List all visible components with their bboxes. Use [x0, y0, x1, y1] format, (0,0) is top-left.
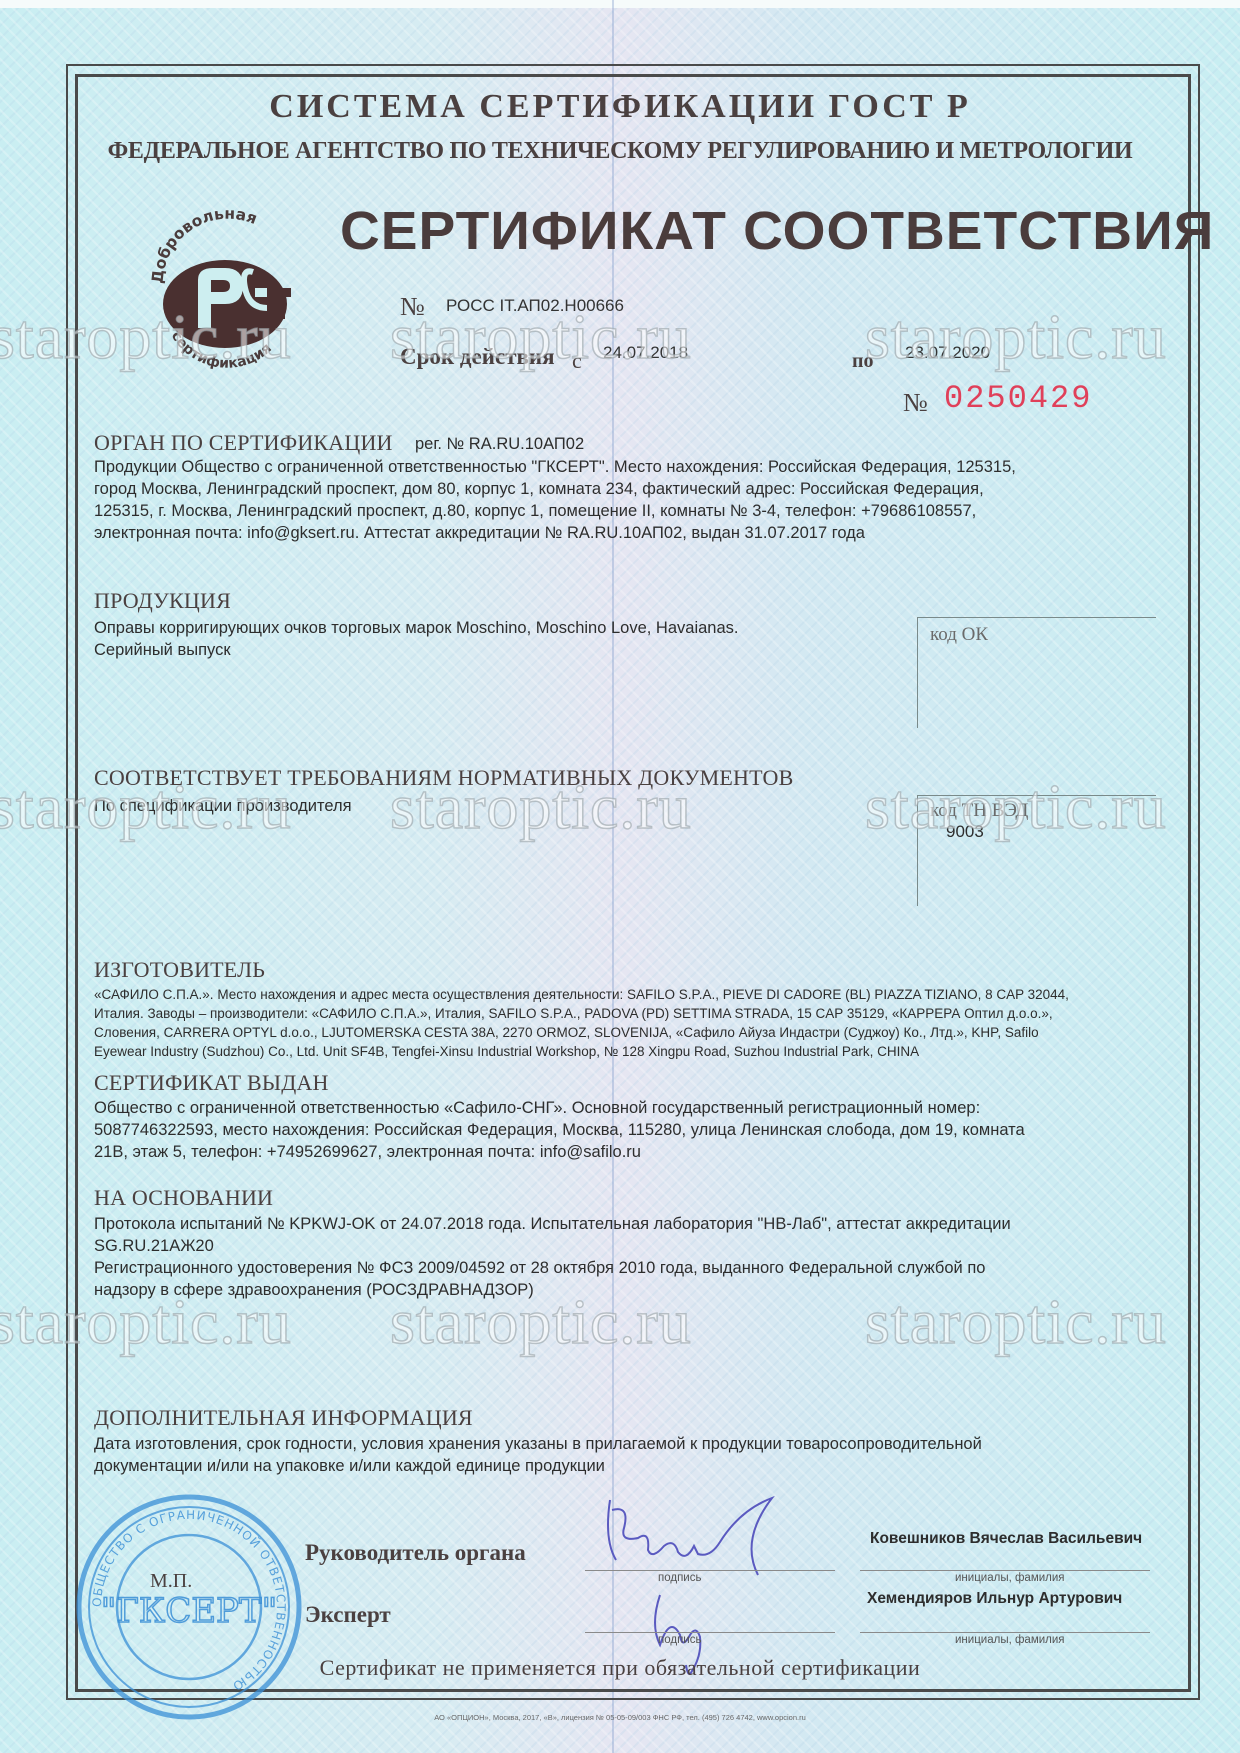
issued-to-details: Общество с ограниченной ответственностью… — [94, 1097, 1174, 1163]
head-of-body-label: Руководитель органа — [305, 1540, 526, 1566]
ok-code-label: код ОК — [930, 624, 988, 646]
organ-line: электронная почта: info@gksert.ru. Аттес… — [94, 522, 1174, 544]
additional-line: Дата изготовления, срок годности, услови… — [94, 1433, 1174, 1455]
product-heading: ПРОДУКЦИЯ — [94, 588, 231, 614]
manufacturer-line: Словения, CARRERA OPTYL d.o.o., LJUTOMER… — [94, 1023, 1184, 1042]
valid-to-label: по — [852, 350, 874, 373]
additional-line: документации и/или на упаковке и/или каж… — [94, 1455, 1174, 1477]
name-caption: инициалы, фамилия — [955, 1572, 1065, 1584]
basis-line: SG.RU.21АЖ20 — [94, 1235, 1174, 1257]
organ-line: Продукции Общество с ограниченной ответс… — [94, 456, 1174, 478]
signature-caption: подпись — [658, 1572, 701, 1584]
blank-serial-number: 0250429 — [944, 380, 1092, 417]
expert-label: Эксперт — [305, 1602, 391, 1628]
validity-label: Срок действия — [400, 344, 555, 370]
certificate-title: СЕРТИФИКАТ СООТВЕТСТВИЯ — [340, 200, 1214, 262]
signature-caption: подпись — [658, 1634, 701, 1646]
product-line: Оправы корригирующих очков торговых маро… — [94, 617, 874, 639]
head-signature-icon — [590, 1480, 840, 1580]
rst-mark-icon: Добровольная сертификация — [145, 208, 310, 373]
tn-ved-code: 9003 — [946, 822, 984, 842]
issued-to-line: 5087746322593, место нахождения: Российс… — [94, 1119, 1174, 1141]
certificate-number: РОСС IT.АП02.Н00666 — [446, 296, 624, 316]
certificate-number-label: № — [400, 292, 425, 322]
conformity-heading: СООТВЕТСТВУЕТ ТРЕБОВАНИЯМ НОРМАТИВНЫХ ДО… — [94, 765, 793, 791]
footer-note: Сертификат не применяется при обязательн… — [0, 1655, 1240, 1681]
basis-line: Протокола испытаний № KPKWJ-OK от 24.07.… — [94, 1213, 1174, 1235]
tn-ved-label: код ТН ВЭД — [930, 800, 1028, 822]
blank-number-label: № — [903, 388, 928, 418]
name-caption: инициалы, фамилия — [955, 1634, 1065, 1646]
product-details: Оправы корригирующих очков торговых маро… — [94, 617, 874, 661]
expert-signature-line — [585, 1632, 835, 1633]
organ-line: 125315, г. Москва, Ленинградский проспек… — [94, 500, 1174, 522]
round-seal-icon: ОБЩЕСТВО С ОГРАНИЧЕННОЙ ОТВЕТСТВЕННОСТЬЮ… — [72, 1490, 307, 1725]
head-name-line — [860, 1570, 1150, 1571]
page-top-edge — [0, 0, 1240, 8]
additional-info-details: Дата изготовления, срок годности, услови… — [94, 1433, 1174, 1477]
basis-heading: НА ОСНОВАНИИ — [94, 1185, 273, 1211]
manufacturer-line: Eyewear Industry (Sudzhou) Co., Ltd. Uni… — [94, 1042, 1184, 1061]
valid-to-date: 23.07.2020 — [905, 343, 990, 363]
basis-line: Регистрационного удостоверения № ФСЗ 200… — [94, 1257, 1174, 1279]
seal-placeholder-label: М.П. — [150, 1570, 192, 1593]
organ-reg-number: рег. № RA.RU.10АП02 — [415, 435, 584, 454]
stamp-center-text: "ГКСЕРТ" — [101, 1591, 278, 1631]
basis-details: Протокола испытаний № KPKWJ-OK от 24.07.… — [94, 1213, 1174, 1301]
issued-to-line: Общество с ограниченной ответственностью… — [94, 1097, 1174, 1119]
basis-line: надзору в сфере здравоохранения (РОСЗДРА… — [94, 1279, 1174, 1301]
manufacturer-line: Италия. Заводы – производители: «САФИЛО … — [94, 1004, 1184, 1023]
issued-to-line: 21В, этаж 5, телефон: +74952699627, элек… — [94, 1141, 1174, 1163]
head-name: Ковешников Вячеслав Васильевич — [870, 1530, 1142, 1548]
conformity-text: По спецификации производителя — [94, 795, 352, 817]
valid-from-label: с — [572, 348, 582, 374]
organ-line: город Москва, Ленинградский проспект, до… — [94, 478, 1174, 500]
issued-to-heading: СЕРТИФИКАТ ВЫДАН — [94, 1070, 329, 1096]
printer-imprint: АО «ОПЦИОН», Москва, 2017, «В», лицензия… — [0, 1713, 1240, 1722]
system-title: СИСТЕМА СЕРТИФИКАЦИИ ГОСТ Р — [0, 88, 1240, 126]
expert-name: Хемендияров Ильнур Артурович — [867, 1590, 1122, 1608]
additional-info-heading: ДОПОЛНИТЕЛЬНАЯ ИНФОРМАЦИЯ — [94, 1405, 473, 1431]
manufacturer-details: «САФИЛО С.П.А.». Место нахождения и адре… — [94, 985, 1184, 1061]
manufacturer-heading: ИЗГОТОВИТЕЛЬ — [94, 957, 265, 983]
expert-name-line — [860, 1632, 1150, 1633]
organ-details: Продукции Общество с ограниченной ответс… — [94, 456, 1174, 544]
agency-title: ФЕДЕРАЛЬНОЕ АГЕНТСТВО ПО ТЕХНИЧЕСКОМУ РЕ… — [0, 138, 1240, 165]
manufacturer-line: «САФИЛО С.П.А.». Место нахождения и адре… — [94, 985, 1184, 1004]
product-line: Серийный выпуск — [94, 639, 874, 661]
head-signature-line — [585, 1570, 835, 1571]
organ-heading: ОРГАН ПО СЕРТИФИКАЦИИ — [94, 430, 393, 456]
valid-from-date: 24.07.2018 — [603, 343, 688, 363]
